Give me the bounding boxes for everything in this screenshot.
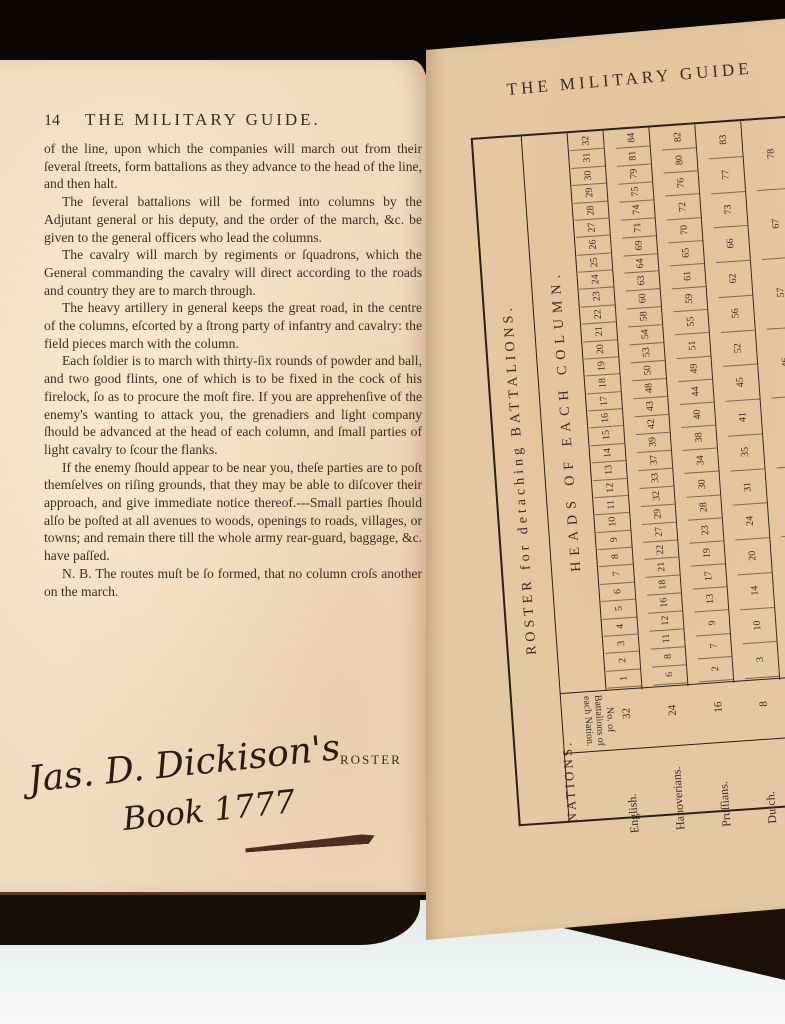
table-cell: 32	[640, 485, 675, 506]
table-cell: 42	[635, 414, 670, 435]
table-cell: 2	[698, 656, 734, 682]
paragraph: The heavy artillery in general keeps the…	[44, 299, 422, 352]
table-cell: 7	[696, 633, 732, 659]
nation-label: Hanoverians.	[658, 754, 697, 836]
table-cell: 8	[598, 547, 633, 568]
table-cell: 19	[584, 356, 619, 377]
table-cell: 79	[617, 163, 652, 184]
table-cell: 46	[767, 326, 785, 399]
table-cell: 14	[738, 572, 774, 610]
table-cell: 80	[662, 147, 698, 173]
table-cell: 49	[677, 355, 713, 381]
table-cell: 10	[595, 512, 630, 533]
table-cell: 72	[665, 194, 701, 220]
table-cell: 14	[590, 443, 625, 464]
table-cell: 24	[578, 269, 613, 290]
table-cell: 7	[599, 564, 634, 585]
roster-table: ROSTER for detaching BATTALIONS. HEADS O…	[470, 105, 785, 826]
paragraph: The ſeveral battalions will be formed in…	[44, 193, 422, 246]
table-cell: 6	[652, 664, 687, 685]
table-cell: 16	[647, 593, 682, 614]
table-cell: 40	[680, 402, 716, 428]
paragraph: Each ſoldier is to march with thirty-ſix…	[44, 352, 422, 458]
table-cell: 19	[689, 540, 725, 566]
table-cell: 36	[772, 395, 785, 468]
left-running-head: 14 THE MILITARY GUIDE.	[44, 110, 424, 130]
table-cell: 65	[668, 240, 704, 266]
table-cell: 35	[728, 433, 764, 471]
table-cell: 61	[670, 263, 706, 289]
table-cell: 22	[581, 304, 616, 325]
table-cell: 12	[648, 611, 683, 632]
nation-label: Pruſſians.	[704, 751, 743, 833]
nation-label: English.	[612, 757, 651, 839]
battalion-count: 24	[653, 684, 690, 736]
table-cell: 25	[776, 465, 785, 538]
table-cell: 38	[681, 425, 717, 451]
paragraph: of the line, upon which the companies wi…	[44, 140, 422, 193]
table-cell: 25	[577, 252, 612, 273]
table-cell: 84	[614, 128, 649, 149]
table-cell: 48	[632, 378, 667, 399]
table-cell: 9	[694, 610, 730, 636]
table-cell: 32	[569, 131, 604, 152]
table-cell: 23	[580, 287, 615, 308]
table-cell: 1	[606, 668, 641, 689]
table-cell: 13	[693, 587, 729, 613]
table-cell: 63	[624, 271, 659, 292]
table-cell: 37	[637, 450, 672, 471]
table-cell: 2	[605, 651, 640, 672]
table-cell: 33	[638, 467, 673, 488]
battalion-count: 8	[745, 678, 782, 730]
table-cell: 17	[587, 391, 622, 412]
table-cell: 70	[667, 217, 703, 243]
nation-label: Dutch.	[750, 748, 785, 830]
paragraph: If the enemy ſhould appear to be near yo…	[44, 459, 422, 565]
table-cell: 17	[691, 563, 727, 589]
page-number: 14	[44, 112, 60, 129]
table-cell: 30	[685, 471, 721, 497]
table-cell: 57	[762, 257, 785, 330]
table-cell: 21	[582, 321, 617, 342]
table-cell: 75	[618, 181, 653, 202]
table-cell: 51	[675, 332, 711, 358]
table-cell: 11	[594, 495, 629, 516]
catchword: ROSTER	[340, 752, 402, 768]
table-cell: 59	[672, 286, 708, 312]
table-cell: 9	[596, 529, 631, 550]
table-cell: 15	[781, 534, 785, 607]
table-cell: 20	[583, 339, 618, 360]
table-cell: 77	[709, 156, 745, 194]
book-shadow	[0, 890, 420, 945]
table-cell: 27	[575, 217, 610, 238]
table-cell: 29	[641, 503, 676, 524]
table-cell: 3	[604, 633, 639, 654]
table-cell: 15	[589, 425, 624, 446]
left-page-text: of the line, upon which the companies wi…	[44, 140, 422, 600]
table-cell: 8	[651, 646, 686, 667]
table-cell: 43	[633, 396, 668, 417]
table-cell: 26	[576, 235, 611, 256]
table-cell: 28	[573, 200, 608, 221]
table-cell: 78	[752, 118, 785, 191]
table-cell: 60	[626, 289, 661, 310]
table-cell: 58	[627, 306, 662, 327]
table-cell: 30	[571, 165, 606, 186]
table-cell: 22	[643, 539, 678, 560]
table-cell: 54	[628, 324, 663, 345]
table-cell: 13	[592, 460, 627, 481]
table-cell: 16	[588, 408, 623, 429]
table-cell: 67	[757, 187, 785, 260]
table-cell: 34	[683, 448, 719, 474]
table-cell: 53	[629, 342, 664, 363]
battalion-count: 32	[608, 687, 645, 739]
table-cell: 82	[660, 124, 696, 150]
table-cell: 3	[743, 641, 779, 679]
table-cell: 71	[621, 217, 656, 238]
table-cell: 50	[631, 360, 666, 381]
table-cell: 81	[616, 145, 651, 166]
table-cell: 31	[570, 148, 605, 169]
table-cell: 18	[646, 575, 681, 596]
paragraph: The cavalry will march by regiments or ſ…	[44, 246, 422, 299]
table-cell: 76	[664, 171, 700, 197]
table-cell: 12	[593, 477, 628, 498]
table-cell: 11	[650, 629, 685, 650]
table-cell: 56	[718, 294, 754, 332]
table-cell: 5	[601, 599, 636, 620]
table-cell: 6	[600, 581, 635, 602]
table-cell: 74	[619, 199, 654, 220]
paragraph: N. B. The routes muſt be ſo formed, that…	[44, 565, 422, 600]
table-cell: 21	[645, 557, 680, 578]
table-cell: 27	[642, 521, 677, 542]
table-cell: 18	[586, 373, 621, 394]
table-cell: 55	[673, 309, 709, 335]
table-cell: 29	[572, 183, 607, 204]
table-cell: 23	[688, 517, 724, 543]
table-cell: 28	[686, 494, 722, 520]
table-cell: 4	[603, 616, 638, 637]
table-cell: 64	[623, 253, 658, 274]
table-cell: 44	[678, 379, 714, 405]
table-cell: 39	[636, 432, 671, 453]
table-cell: 69	[622, 235, 657, 256]
battalion-count: 16	[699, 681, 736, 733]
table-title: ROSTER for detaching BATTALIONS.	[500, 304, 540, 656]
book-title: THE MILITARY GUIDE.	[85, 110, 321, 129]
